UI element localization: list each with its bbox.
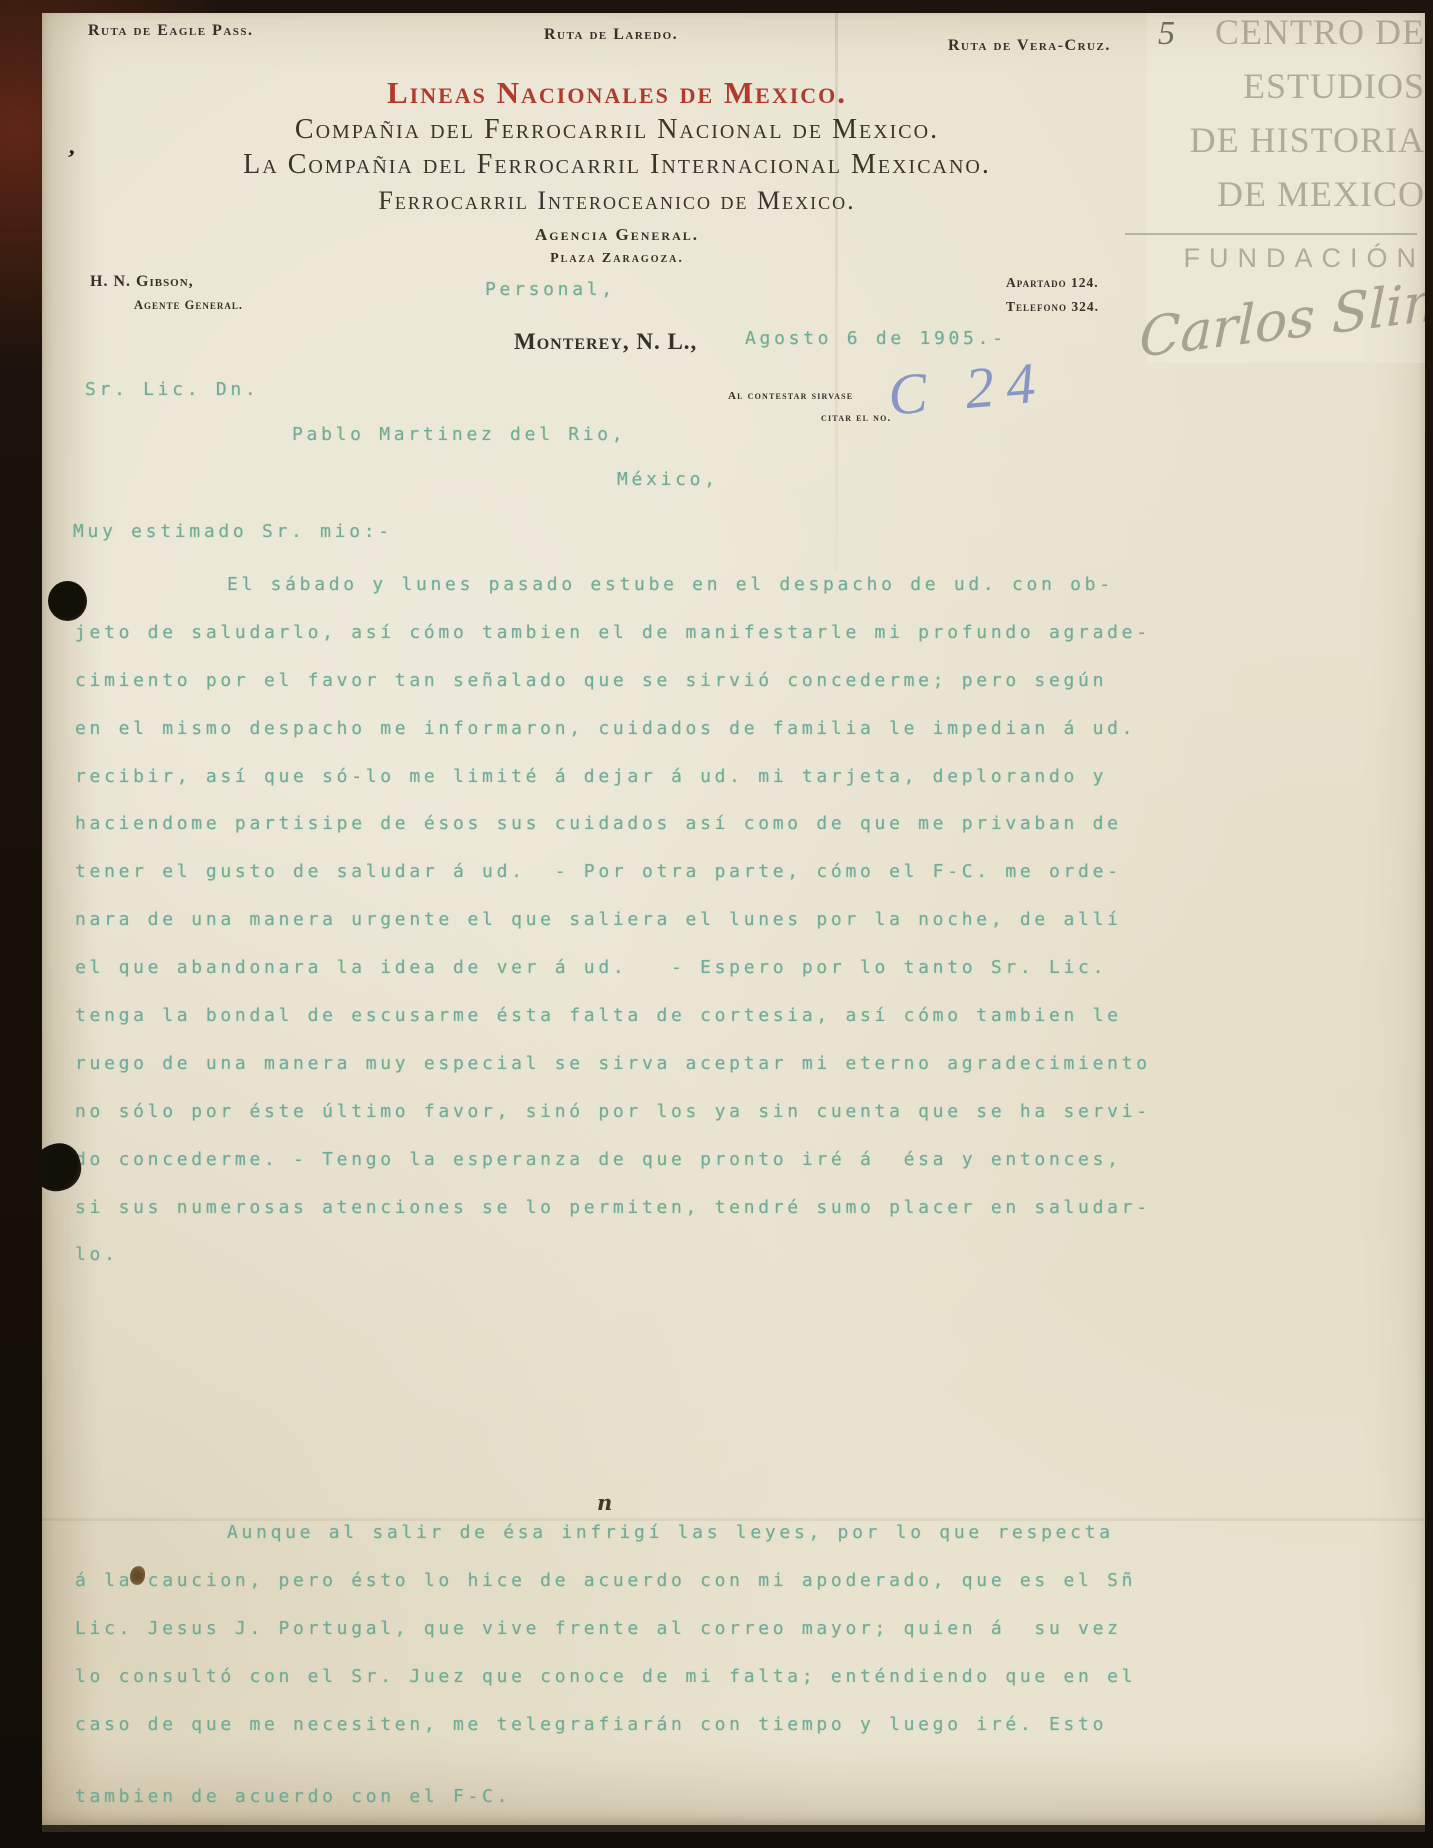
- paper-bottom-fold: [42, 1825, 1425, 1832]
- route-label-eagle-pass: Ruta de Eagle Pass.: [88, 22, 254, 40]
- typed-line: á la caucion, pero ésto lo hice de acuer…: [75, 1557, 1235, 1605]
- personal-note: Personal,: [485, 279, 616, 300]
- punch-hole-top: [48, 581, 87, 621]
- reply-note-line2: citar el no.: [821, 412, 892, 424]
- company-line-2: La Compañia del Ferrocarril Internaciona…: [82, 149, 1152, 181]
- typed-line: lo.: [75, 1231, 1235, 1279]
- typed-line: haciendome partisipe de ésos sus cuidado…: [75, 800, 1235, 848]
- salutation: Muy estimado Sr. mio:-: [73, 521, 393, 542]
- page-number: 5: [1158, 15, 1175, 53]
- date-line: Agosto 6 de 1905.-: [745, 328, 1007, 349]
- typed-line: jeto de saludarlo, así cómo tambien el d…: [75, 609, 1235, 657]
- typed-line: tener el gusto de saludar á ud. - Por ot…: [75, 848, 1235, 896]
- city-line: Monterey, N. L.,: [514, 329, 697, 355]
- ref-number: C 24: [885, 348, 1049, 429]
- typed-line: lo consultó con el Sr. Juez que conoce d…: [75, 1653, 1235, 1701]
- typed-line: Aunque al salir de ésa infrigí las leyes…: [75, 1509, 1235, 1557]
- telefono-line: Telefono 324.: [1006, 299, 1099, 315]
- apartado-line: Apartado 124.: [1006, 275, 1099, 291]
- company-line-1: Compañia del Ferrocarril Nacional de Mex…: [82, 114, 1152, 146]
- archive-watermark: CENTRO DE ESTUDIOS DE HISTORIA DE MEXICO…: [1125, 13, 1425, 351]
- agent-name: H. N. Gibson,: [90, 273, 194, 291]
- paragraph-1: El sábado y lunes pasado estube en el de…: [75, 561, 1235, 1279]
- typed-line: caso de que me necesiten, me telegrafiar…: [75, 1701, 1235, 1749]
- watermark-text: DE MEXICO: [1125, 167, 1425, 221]
- route-label-veracruz: Ruta de Vera-Cruz.: [948, 37, 1111, 55]
- agent-title: Agente General.: [134, 298, 243, 313]
- typed-line: ruego de una manera muy especial se sirv…: [75, 1040, 1235, 1088]
- addressee-prefix: Sr. Lic. Dn.: [85, 379, 259, 400]
- agencia-general-line: Agencia General.: [82, 225, 1152, 245]
- typed-line: en el mismo despacho me informaron, cuid…: [75, 705, 1235, 753]
- letter-page: CENTRO DE ESTUDIOS DE HISTORIA DE MEXICO…: [42, 13, 1425, 1825]
- watermark-divider: [1125, 233, 1417, 235]
- company-line-3: Ferrocarril Interoceanico de Mexico.: [82, 186, 1152, 216]
- ink-speck: ’: [63, 145, 76, 173]
- typed-line: si sus numerosas atenciones se lo permit…: [75, 1184, 1235, 1232]
- letterhead-title: Lineas Nacionales de Mexico.: [82, 75, 1152, 111]
- typed-line: do concederme. - Tengo la esperanza de q…: [75, 1136, 1235, 1184]
- photo-frame: CENTRO DE ESTUDIOS DE HISTORIA DE MEXICO…: [0, 0, 1433, 1848]
- typed-line: nara de una manera urgente el que salier…: [75, 896, 1235, 944]
- typed-line: no sólo por éste último favor, sinó por …: [75, 1088, 1235, 1136]
- typed-line: Lic. Jesus J. Portugal, que vive frente …: [75, 1605, 1235, 1653]
- plaza-zaragoza-line: Plaza Zaragoza.: [82, 251, 1152, 267]
- typed-line: recibir, así que só-lo me limité á dejar…: [75, 753, 1235, 801]
- typed-line: tambien de acuerdo con el F-C.: [75, 1773, 1235, 1821]
- fold-crease-horizontal: [42, 1518, 1425, 1521]
- route-label-laredo: Ruta de Laredo.: [544, 26, 678, 44]
- addressee-name: Pablo Martinez del Rio,: [292, 424, 626, 445]
- typed-line: cimiento por el favor tan señalado que s…: [75, 657, 1235, 705]
- watermark-text: ESTUDIOS: [1125, 59, 1425, 113]
- watermark-text: DE HISTORIA: [1125, 113, 1425, 167]
- addressee-city: México,: [617, 469, 719, 490]
- watermark-foundation: FUNDACIÓN: [1125, 243, 1425, 274]
- fold-crease-vertical: [835, 13, 838, 573]
- typed-line: el que abandonara la idea de ver á ud. -…: [75, 944, 1235, 992]
- typed-line: El sábado y lunes pasado estube en el de…: [75, 561, 1235, 609]
- typed-line: tenga la bondal de escusarme ésta falta …: [75, 992, 1235, 1040]
- paragraph-2: Aunque al salir de ésa infrigí las leyes…: [75, 1509, 1235, 1821]
